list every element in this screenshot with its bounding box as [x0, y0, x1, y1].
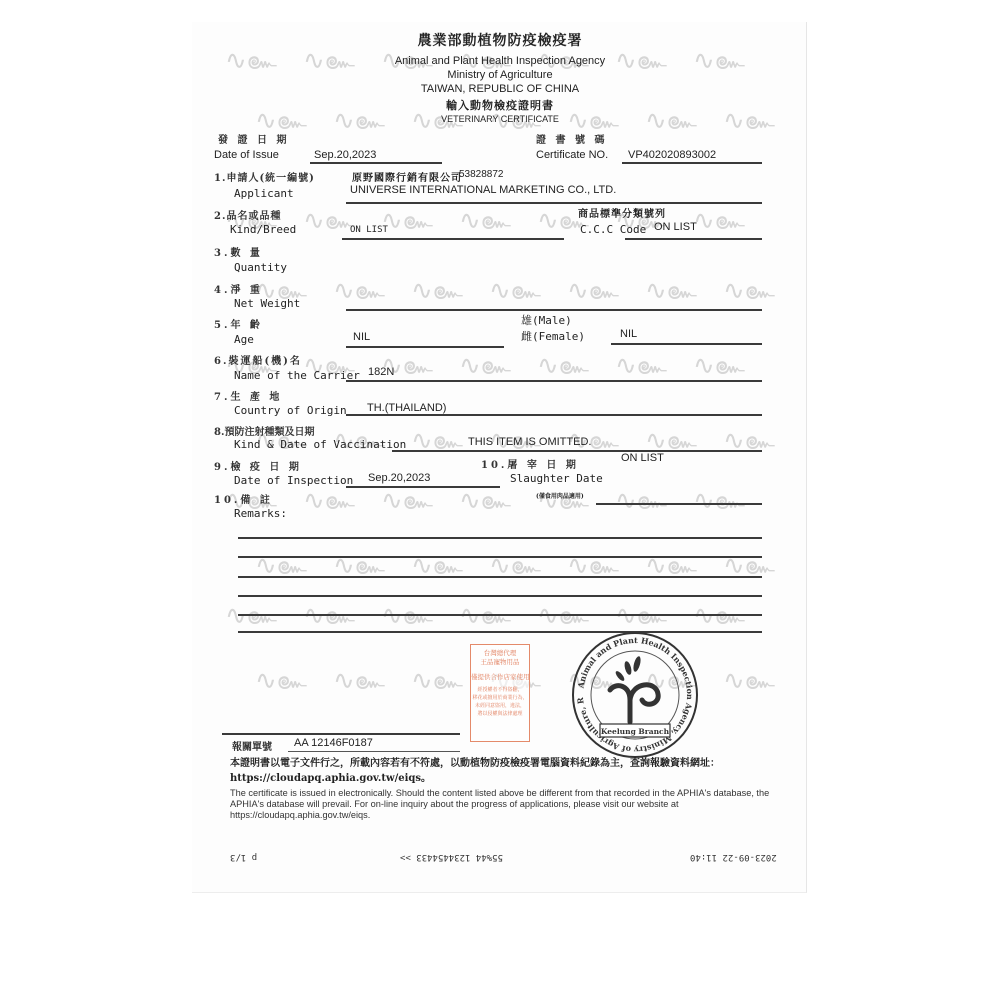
- watermark-swirl: ∿๛: [333, 270, 385, 311]
- applicant-label-zh: 1.申請人(統一編號): [214, 169, 315, 184]
- carrier-value: 182N: [368, 366, 394, 378]
- male-label: 雄(Male): [521, 312, 572, 328]
- inspection-label-zh: 9.檢 疫 日 期: [214, 458, 302, 473]
- carrier-label: Name of the Carrier: [234, 369, 360, 382]
- fax-transmission-info: 55%44 1234454433 >>: [400, 852, 503, 862]
- net-weight-label-zh: 4.淨 重: [214, 281, 263, 296]
- ccc-value: ON LIST: [654, 221, 697, 233]
- sex-value: NIL: [620, 328, 637, 340]
- watermark-swirl: ∿๛: [333, 545, 385, 586]
- age-label-zh: 5.年 齡: [214, 316, 263, 331]
- watermark-swirl: ∿๛: [333, 660, 385, 701]
- notice-en: The certificate is issued in electronica…: [230, 788, 775, 821]
- slaughter-label: Slaughter Date: [510, 472, 603, 485]
- watermark-swirl: ∿๛: [459, 200, 511, 241]
- slaughter-note: (僅食用肉品適用): [536, 491, 584, 500]
- certificate-no-label: Certificate NO.: [536, 149, 608, 161]
- quantity-label: Quantity: [234, 261, 287, 274]
- watermark-swirl: ∿๛: [381, 595, 433, 636]
- applicant-name-en: UNIVERSE INTERNATIONAL MARKETING CO., LT…: [350, 184, 616, 196]
- watermark-swirl: ∿๛: [411, 545, 463, 586]
- official-seal: Animal and Plant Health Inspection Agenc…: [566, 630, 704, 760]
- certificate-no-value: VP402020893002: [628, 149, 716, 161]
- origin-label: Country of Origin: [234, 404, 347, 417]
- watermark-swirl: ∿๛: [411, 420, 463, 461]
- fax-timestamp: 2023-09-22 11:40: [690, 852, 777, 862]
- watermark-swirl: ∿๛: [381, 200, 433, 241]
- fax-page-number: p 1/3: [230, 852, 257, 862]
- watermark-swirl: ∿๛: [411, 270, 463, 311]
- declaration-label-zh: 報關單號: [232, 738, 272, 753]
- remarks-label: Remarks:: [234, 507, 287, 520]
- vaccination-label: Kind & Date of Vaccination: [234, 438, 406, 451]
- issue-date-label-zh: 發 證 日 期: [218, 131, 289, 146]
- origin-label-zh: 7.生 產 地: [214, 388, 282, 403]
- watermark-swirl: ∿๛: [537, 480, 589, 521]
- watermark-swirl: ∿๛: [255, 660, 307, 701]
- issue-date-value: Sep.20,2023: [314, 149, 376, 161]
- age-value: NIL: [353, 331, 370, 343]
- watermark-swirl: ∿๛: [489, 545, 541, 586]
- certificate-no-label-zh: 證 書 號 碼: [536, 131, 607, 146]
- female-label: 雌(Female): [521, 328, 585, 344]
- slaughter-label-zh: 10.屠 宰 日 期: [481, 456, 579, 471]
- ministry-name: Ministry of Agriculture: [0, 69, 1000, 81]
- watermark-swirl: ∿๛: [693, 200, 745, 241]
- quantity-label-zh: 3.數 量: [214, 244, 263, 259]
- watermark-swirl: ∿๛: [723, 420, 775, 461]
- kind-label-zh: 2.品名或品種: [214, 207, 281, 222]
- inspection-label: Date of Inspection: [234, 474, 353, 487]
- vaccination-value: THIS ITEM IS OMITTED.: [468, 436, 591, 448]
- applicant-name-zh: 原野國際行銷有限公司: [352, 169, 462, 184]
- watermark-swirl: ∿๛: [645, 545, 697, 586]
- watermark-swirl: ∿๛: [723, 545, 775, 586]
- remarks-label-zh: 10.備 註: [214, 491, 273, 506]
- watermark-swirl: ∿๛: [411, 660, 463, 701]
- agency-name-en: Animal and Plant Health Inspection Agenc…: [0, 55, 1000, 67]
- watermark-swirl: ∿๛: [693, 480, 745, 521]
- watermark-swirl: ∿๛: [489, 270, 541, 311]
- age-label: Age: [234, 333, 254, 346]
- issue-date-label: Date of Issue: [214, 149, 279, 161]
- carrier-label-zh: 6.裝運船(機)名: [214, 352, 302, 367]
- ccc-label-zh: 商品標準分類號列: [578, 205, 666, 220]
- ccc-label: C.C.C Code: [580, 223, 646, 236]
- seal-branch: Keelung Branch: [601, 727, 670, 736]
- certificate-title-zh: 輸入動物檢疫證明書: [0, 97, 1000, 113]
- tree-icon: [610, 685, 658, 722]
- certificate-title-en: VETERINARY CERTIFICATE: [0, 114, 1000, 124]
- watermark-swirl: ∿๛: [615, 480, 667, 521]
- net-weight-label: Net Weight: [234, 297, 300, 310]
- watermark-swirl: ∿๛: [225, 595, 277, 636]
- watermark-swirl: ∿๛: [459, 595, 511, 636]
- applicant-label: Applicant: [234, 187, 294, 200]
- watermark-swirl: ∿๛: [723, 270, 775, 311]
- applicant-tax-id: 53828872: [459, 169, 504, 180]
- watermark-swirl: ∿๛: [303, 595, 355, 636]
- agency-name-zh: 農業部動植物防疫檢疫署: [0, 30, 1000, 50]
- origin-value: TH.(THAILAND): [367, 402, 446, 414]
- watermark-swirl: ∿๛: [723, 660, 775, 701]
- watermark-swirl: ∿๛: [567, 270, 619, 311]
- watermark-swirl: ∿๛: [567, 545, 619, 586]
- kind-label: Kind/Breed: [230, 223, 296, 236]
- distributor-stamp: 台灣總代理 王品寵物用品 僅提供合作店家使用 經授權者不得盜翻， 移花或擅用於商…: [470, 644, 530, 742]
- slaughter-value: ON LIST: [621, 452, 664, 464]
- watermark-swirl: ∿๛: [303, 200, 355, 241]
- watermark-swirl: ∿๛: [255, 545, 307, 586]
- kind-value: ON LIST: [350, 225, 388, 235]
- declaration-value: AA 12146F0187: [294, 737, 373, 749]
- vaccination-label-zh: 8.預防注射種類及日期: [214, 423, 314, 438]
- country-name: TAIWAN, REPUBLIC OF CHINA: [0, 83, 1000, 95]
- notice-zh: 本證明書以電子文件行之，所載內容若有不符處，以動植物防疫檢疫署電腦資料紀錄為主，…: [230, 756, 770, 786]
- watermark-swirl: ∿๛: [645, 270, 697, 311]
- inspection-value: Sep.20,2023: [368, 472, 430, 484]
